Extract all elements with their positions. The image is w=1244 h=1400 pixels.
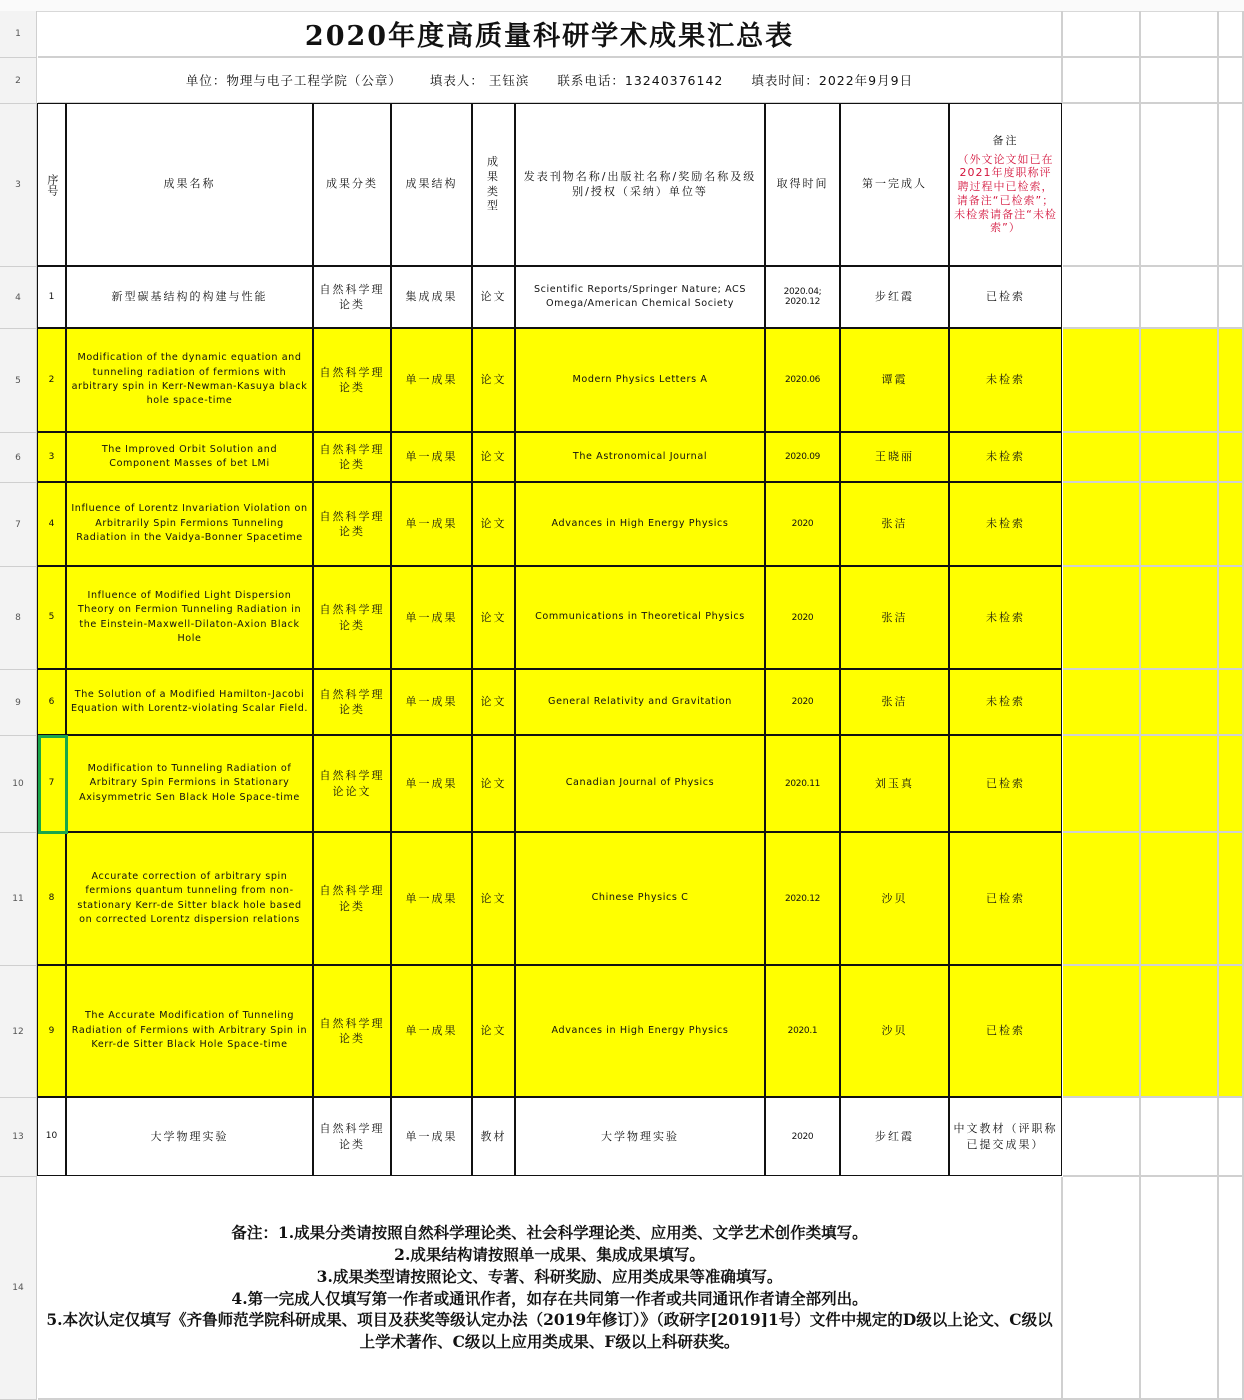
cell-first-author[interactable]: 刘玉真 xyxy=(840,735,949,832)
row-header[interactable]: 6 xyxy=(0,433,37,483)
cell-first-author[interactable]: 张洁 xyxy=(840,482,949,566)
empty-cell[interactable] xyxy=(1219,329,1244,433)
cell-time[interactable]: 2020.1 xyxy=(765,965,840,1097)
cell-first-author[interactable]: 张洁 xyxy=(840,566,949,669)
cell-publisher[interactable]: Scientific Reports/Springer Nature; ACS … xyxy=(515,266,765,328)
sheet-title[interactable]: 2020年度高质量科研学术成果汇总表 xyxy=(38,11,1063,58)
empty-cell[interactable] xyxy=(1219,483,1244,567)
column-header-name[interactable]: 成果名称 xyxy=(66,103,313,266)
cell-first-author[interactable]: 沙贝 xyxy=(840,965,949,1097)
cell-type[interactable]: 论文 xyxy=(472,965,515,1097)
cell-time[interactable]: 2020.06 xyxy=(765,328,840,432)
row-header[interactable]: 11 xyxy=(0,833,37,966)
cell-publisher[interactable]: Chinese Physics C xyxy=(515,832,765,965)
remark-title: 备注 xyxy=(989,132,1023,151)
empty-cell[interactable] xyxy=(1063,966,1141,1098)
row-header[interactable]: 9 xyxy=(0,670,37,736)
empty-cell[interactable] xyxy=(1063,58,1141,104)
cell-type[interactable]: 论文 xyxy=(472,266,515,328)
cell-name[interactable]: Modification of the dynamic equation and… xyxy=(66,328,313,432)
cell-name[interactable]: Modification to Tunneling Radiation of A… xyxy=(66,735,313,832)
row-header[interactable]: 12 xyxy=(0,966,37,1098)
cell-type[interactable]: 教材 xyxy=(472,1097,515,1176)
empty-cell[interactable] xyxy=(1219,833,1244,966)
empty-cell[interactable] xyxy=(1063,736,1141,833)
cell-type[interactable]: 论文 xyxy=(472,735,515,832)
column-header-seq[interactable]: 序号 xyxy=(37,103,66,266)
cell-structure[interactable]: 单一成果 xyxy=(391,1097,472,1176)
row-header[interactable]: 5 xyxy=(0,329,37,433)
column-header-publisher[interactable]: 发表刊物名称/出版社名称/奖励名称及级别/授权（采纳）单位等 xyxy=(515,103,765,266)
cell-remark[interactable]: 中文教材（评职称已提交成果） xyxy=(949,1097,1062,1176)
empty-cell[interactable] xyxy=(1219,433,1244,483)
cell-category[interactable]: 自然科学理论类 xyxy=(313,432,391,482)
cell-publisher[interactable]: General Relativity and Gravitation xyxy=(515,669,765,735)
cell-first-author[interactable]: 张洁 xyxy=(840,669,949,735)
cell-seq[interactable]: 2 xyxy=(37,328,66,432)
empty-cell[interactable] xyxy=(1219,267,1244,329)
empty-cell[interactable] xyxy=(1063,1177,1141,1400)
empty-cell[interactable] xyxy=(1141,567,1219,670)
cell-category[interactable]: 自然科学理论类 xyxy=(313,266,391,328)
empty-cell[interactable] xyxy=(1141,670,1219,736)
cell-structure[interactable]: 单一成果 xyxy=(391,566,472,669)
cell-time[interactable]: 2020 xyxy=(765,566,840,669)
cell-seq[interactable]: 8 xyxy=(37,832,66,965)
cell-category[interactable]: 自然科学理论类 xyxy=(313,328,391,432)
row-header[interactable]: 14 xyxy=(0,1177,37,1400)
cell-time[interactable]: 2020 xyxy=(765,482,840,566)
cell-remark[interactable]: 未检索 xyxy=(949,566,1062,669)
row-header[interactable]: 7 xyxy=(0,483,37,567)
empty-cell[interactable] xyxy=(1063,433,1141,483)
row-header[interactable]: 10 xyxy=(0,736,37,833)
cell-remark[interactable]: 未检索 xyxy=(949,669,1062,735)
cell-structure[interactable]: 单一成果 xyxy=(391,735,472,832)
empty-cell[interactable] xyxy=(1219,58,1244,104)
empty-cell[interactable] xyxy=(1063,329,1141,433)
cell-publisher[interactable]: 大学物理实验 xyxy=(515,1097,765,1176)
row-header[interactable]: 2 xyxy=(0,58,37,104)
cell-name[interactable]: The Solution of a Modified Hamilton-Jaco… xyxy=(66,669,313,735)
cell-first-author[interactable]: 步红霞 xyxy=(840,1097,949,1176)
empty-cell[interactable] xyxy=(1141,267,1219,329)
empty-cell[interactable] xyxy=(1063,567,1141,670)
column-header-time[interactable]: 取得时间 xyxy=(765,103,840,266)
row-header[interactable]: 8 xyxy=(0,567,37,670)
empty-cell[interactable] xyxy=(1219,1098,1244,1177)
cell-name[interactable]: Influence of Lorentz Invariation Violati… xyxy=(66,482,313,566)
cell-category[interactable]: 自然科学理论类 xyxy=(313,482,391,566)
cell-type[interactable]: 论文 xyxy=(472,432,515,482)
cell-remark[interactable]: 已检索 xyxy=(949,266,1062,328)
remark-instruction: （外文论文如已在2021年度职称评聘过程中已检索，请备注“已检索”；未检索请备注… xyxy=(950,151,1061,238)
empty-cell[interactable] xyxy=(1063,833,1141,966)
cell-seq[interactable]: 3 xyxy=(37,432,66,482)
empty-cell[interactable] xyxy=(1219,736,1244,833)
cell-time[interactable]: 2020.12 xyxy=(765,832,840,965)
cell-seq[interactable]: 7 xyxy=(37,735,66,832)
empty-cell[interactable] xyxy=(1141,433,1219,483)
cell-type[interactable]: 论文 xyxy=(472,832,515,965)
cell-publisher[interactable]: Advances in High Energy Physics xyxy=(515,482,765,566)
empty-cell[interactable] xyxy=(1141,11,1219,58)
cell-structure[interactable]: 单一成果 xyxy=(391,669,472,735)
cell-seq[interactable]: 1 xyxy=(37,266,66,328)
empty-cell[interactable] xyxy=(1063,670,1141,736)
cell-first-author[interactable]: 沙贝 xyxy=(840,832,949,965)
cell-seq[interactable]: 9 xyxy=(37,965,66,1097)
empty-cell[interactable] xyxy=(1219,104,1244,267)
empty-cell[interactable] xyxy=(1063,267,1141,329)
cell-category[interactable]: 自然科学理论类 xyxy=(313,832,391,965)
cell-seq[interactable]: 10 xyxy=(37,1097,66,1176)
info-phone: 联系电话：13240376142 xyxy=(557,71,723,89)
cell-seq[interactable]: 5 xyxy=(37,566,66,669)
empty-cell[interactable] xyxy=(1141,1177,1219,1400)
cell-remark[interactable]: 未检索 xyxy=(949,432,1062,482)
empty-cell[interactable] xyxy=(1219,966,1244,1098)
empty-cell[interactable] xyxy=(1141,833,1219,966)
cell-remark[interactable]: 已检索 xyxy=(949,832,1062,965)
cell-time[interactable]: 2020 xyxy=(765,1097,840,1176)
cell-type[interactable]: 论文 xyxy=(472,566,515,669)
cell-category[interactable]: 自然科学理论类 xyxy=(313,1097,391,1176)
cell-time[interactable]: 2020 xyxy=(765,669,840,735)
cell-structure[interactable]: 单一成果 xyxy=(391,328,472,432)
cell-seq[interactable]: 4 xyxy=(37,482,66,566)
empty-cell[interactable] xyxy=(1219,11,1244,58)
cell-type[interactable]: 论文 xyxy=(472,482,515,566)
cell-first-author[interactable]: 步红霞 xyxy=(840,266,949,328)
cell-name[interactable]: Influence of Modified Light Dispersion T… xyxy=(66,566,313,669)
cell-structure[interactable]: 单一成果 xyxy=(391,482,472,566)
empty-cell[interactable] xyxy=(1219,1177,1244,1400)
empty-cell[interactable] xyxy=(1063,11,1141,58)
info-filler: 填表人： 王钰滨 xyxy=(430,71,529,89)
column-header-first-author[interactable]: 第一完成人 xyxy=(840,103,949,266)
cell-structure[interactable]: 单一成果 xyxy=(391,832,472,965)
empty-cell[interactable] xyxy=(1141,1098,1219,1177)
cell-remark[interactable]: 未检索 xyxy=(949,482,1062,566)
info-unit: 单位：物理与电子工程学院（公章） xyxy=(186,71,402,89)
cell-remark[interactable]: 未检索 xyxy=(949,328,1062,432)
cell-publisher[interactable]: The Astronomical Journal xyxy=(515,432,765,482)
empty-cell[interactable] xyxy=(1141,329,1219,433)
empty-cell[interactable] xyxy=(1063,104,1141,267)
cell-type[interactable]: 论文 xyxy=(472,669,515,735)
empty-cell[interactable] xyxy=(1219,670,1244,736)
empty-cell[interactable] xyxy=(1063,483,1141,567)
cell-remark[interactable]: 已检索 xyxy=(949,735,1062,832)
cell-name[interactable]: 大学物理实验 xyxy=(66,1097,313,1176)
cell-category[interactable]: 自然科学理论类 xyxy=(313,566,391,669)
cell-name[interactable]: 新型碳基结构的构建与性能 xyxy=(66,266,313,328)
cell-publisher[interactable]: Modern Physics Letters A xyxy=(515,328,765,432)
cell-name[interactable]: The Accurate Modification of Tunneling R… xyxy=(66,965,313,1097)
cell-publisher[interactable]: Communications in Theoretical Physics xyxy=(515,566,765,669)
empty-cell[interactable] xyxy=(1063,1098,1141,1177)
empty-cell[interactable] xyxy=(1219,567,1244,670)
column-header-type[interactable]: 成果类型 xyxy=(472,103,515,266)
cell-category[interactable]: 自然科学理论类 xyxy=(313,669,391,735)
cell-time[interactable]: 2020.04; 2020.12 xyxy=(765,266,840,328)
empty-cell[interactable] xyxy=(1141,58,1219,104)
notes-block[interactable]: 备注：1.成果分类请按照自然科学理论类、社会科学理论类、应用类、文学艺术创作类填… xyxy=(38,1177,1063,1400)
column-header-category[interactable]: 成果分类 xyxy=(313,103,391,266)
cell-publisher[interactable]: Canadian Journal of Physics xyxy=(515,735,765,832)
cell-type[interactable]: 论文 xyxy=(472,328,515,432)
cell-first-author[interactable]: 谭霞 xyxy=(840,328,949,432)
cell-structure[interactable]: 单一成果 xyxy=(391,432,472,482)
cell-time[interactable]: 2020.09 xyxy=(765,432,840,482)
column-header-structure[interactable]: 成果结构 xyxy=(391,103,472,266)
empty-cell[interactable] xyxy=(1141,483,1219,567)
info-date: 填表时间：2022年9月9日 xyxy=(751,71,913,89)
cell-structure[interactable]: 单一成果 xyxy=(391,965,472,1097)
cell-first-author[interactable]: 王晓丽 xyxy=(840,432,949,482)
spreadsheet: 1234567891011121314 2020年度高质量科研学术成果汇总表单位… xyxy=(0,0,1244,1400)
row-header[interactable]: 4 xyxy=(0,267,37,329)
cell-name[interactable]: Accurate correction of arbitrary spin fe… xyxy=(66,832,313,965)
row-header[interactable]: 1 xyxy=(0,11,37,58)
cell-seq[interactable]: 6 xyxy=(37,669,66,735)
row-header[interactable]: 13 xyxy=(0,1098,37,1177)
cell-publisher[interactable]: Advances in High Energy Physics xyxy=(515,965,765,1097)
info-line[interactable]: 单位：物理与电子工程学院（公章）填表人： 王钰滨联系电话：13240376142… xyxy=(38,58,1063,104)
cell-category[interactable]: 自然科学理论论文 xyxy=(313,735,391,832)
empty-cell[interactable] xyxy=(1141,104,1219,267)
cell-time[interactable]: 2020.11 xyxy=(765,735,840,832)
cell-name[interactable]: The Improved Orbit Solution and Componen… xyxy=(66,432,313,482)
cell-category[interactable]: 自然科学理论类 xyxy=(313,965,391,1097)
cell-structure[interactable]: 集成成果 xyxy=(391,266,472,328)
column-header-remark[interactable]: 备注（外文论文如已在2021年度职称评聘过程中已检索，请备注“已检索”；未检索请… xyxy=(949,103,1062,266)
cell-remark[interactable]: 已检索 xyxy=(949,965,1062,1097)
empty-cell[interactable] xyxy=(1141,736,1219,833)
empty-cell[interactable] xyxy=(1141,966,1219,1098)
row-header[interactable]: 3 xyxy=(0,104,37,267)
